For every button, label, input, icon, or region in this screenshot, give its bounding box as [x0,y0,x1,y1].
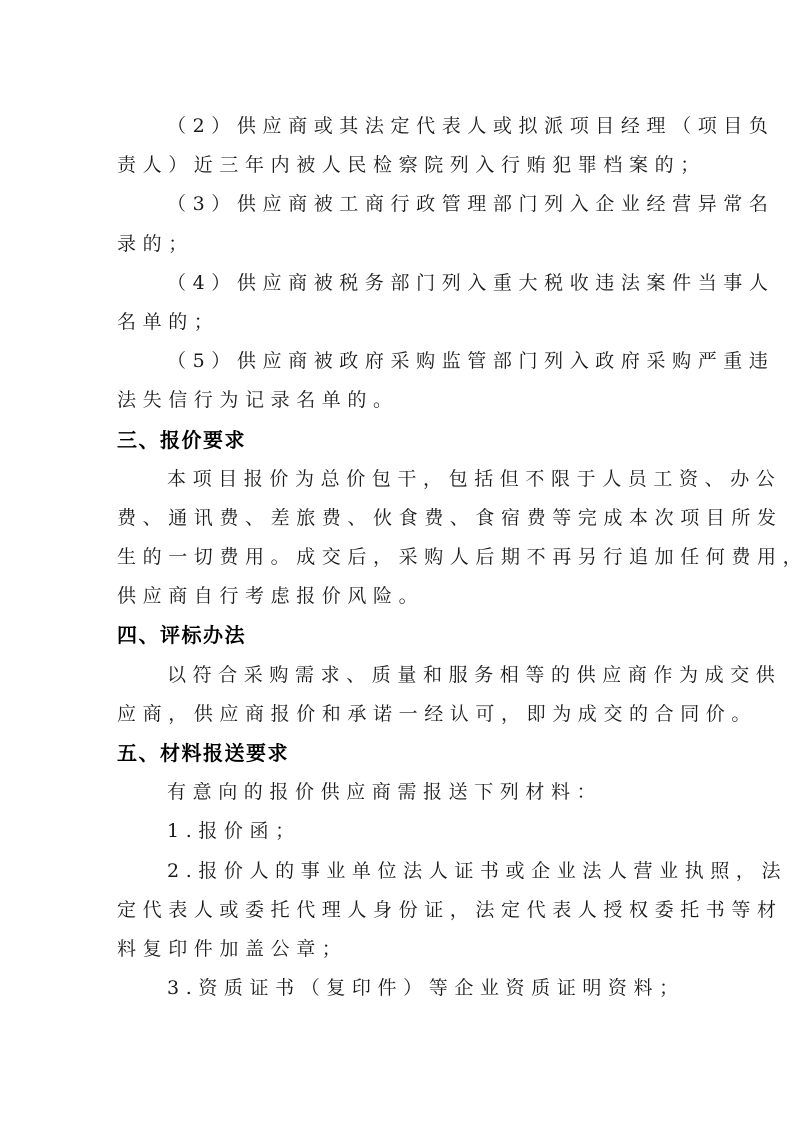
text-line: 录的； [117,225,677,264]
section-heading: 三、报价要求 [117,421,677,460]
section-evaluation-method: 四、评标办法 以符合采购需求、质量和服务相等的供应商作为成交供 应商，供应商报价… [117,616,677,734]
text-line: 1.报价函； [117,812,677,851]
text-line: 责人）近三年内被人民检察院列入行贿犯罪档案的； [117,146,677,185]
section-heading: 五、材料报送要求 [117,734,677,773]
list-item-2: （2）供应商或其法定代表人或拟派项目经理（项目负 责人）近三年内被人民检察院列入… [117,107,677,185]
list-item-3: （3）供应商被工商行政管理部门列入企业经营异常名 录的； [117,185,677,263]
text-line: （2）供应商或其法定代表人或拟派项目经理（项目负 [117,107,677,146]
text-line: （3）供应商被工商行政管理部门列入企业经营异常名 [117,185,677,224]
list-item-4: （4）供应商被税务部门列入重大税收违法案件当事人 名单的； [117,264,677,342]
text-line: 以符合采购需求、质量和服务相等的供应商作为成交供 [117,656,677,695]
text-line: 法失信行为记录名单的。 [117,381,677,420]
material-item-2: 2.报价人的事业单位法人证书或企业法人营业执照，法 定代表人或委托代理人身份证，… [117,852,677,970]
text-line: 本项目报价为总价包干，包括但不限于人员工资、办公 [117,460,677,499]
section-submission-requirements: 五、材料报送要求 有意向的报价供应商需报送下列材料： 1.报价函； 2.报价人的… [117,734,677,1008]
material-item-1: 1.报价函； [117,812,677,851]
text-line: 2.报价人的事业单位法人证书或企业法人营业执照，法 [117,852,677,891]
section-quotation-requirements: 三、报价要求 本项目报价为总价包干，包括但不限于人员工资、办公 费、通讯费、差旅… [117,421,677,617]
text-line: 生的一切费用。成交后，采购人后期不再另行追加任何费用， [117,538,677,577]
text-line: 费、通讯费、差旅费、伙食费、食宿费等完成本次项目所发 [117,499,677,538]
text-line: （4）供应商被税务部门列入重大税收违法案件当事人 [117,264,677,303]
text-line: 3.资质证书（复印件）等企业资质证明资料； [117,969,677,1008]
text-line: 名单的； [117,303,677,342]
text-line: 有意向的报价供应商需报送下列材料： [117,773,677,812]
text-line: 料复印件加盖公章； [117,930,677,969]
text-line: 应商，供应商报价和承诺一经认可，即为成交的合同价。 [117,695,677,734]
document-page: （2）供应商或其法定代表人或拟派项目经理（项目负 责人）近三年内被人民检察院列入… [117,107,677,1008]
text-line: （5）供应商被政府采购监管部门列入政府采购严重违 [117,342,677,381]
section-heading: 四、评标办法 [117,616,677,655]
list-item-5: （5）供应商被政府采购监管部门列入政府采购严重违 法失信行为记录名单的。 [117,342,677,420]
material-item-3: 3.资质证书（复印件）等企业资质证明资料； [117,969,677,1008]
text-line: 供应商自行考虑报价风险。 [117,577,677,616]
text-line: 定代表人或委托代理人身份证，法定代表人授权委托书等材 [117,891,677,930]
